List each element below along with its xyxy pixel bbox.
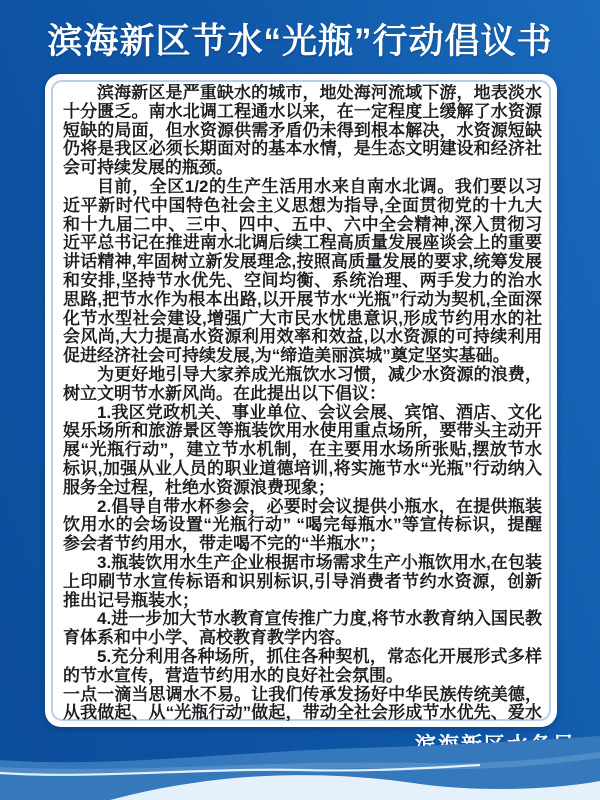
- body-text: 滨海新区是严重缺水的城市，地处海河流域下游，地表淡水十分匮乏。南水北调工程通水以…: [63, 84, 542, 721]
- water-waves-decoration: [0, 710, 600, 800]
- content-card: 滨海新区是严重缺水的城市，地处海河流域下游，地表淡水十分匮乏。南水北调工程通水以…: [45, 74, 557, 727]
- proposal-item-5: 5.充分利用各种场所，抓住各种契机，常态化开展形式多样的节水宣传，营造节约用水的…: [63, 648, 542, 686]
- paragraph-intro: 滨海新区是严重缺水的城市，地处海河流域下游，地表淡水十分匮乏。南水北调工程通水以…: [63, 84, 542, 178]
- poster-title: 滨海新区节水“光瓶”行动倡议书: [0, 14, 600, 64]
- paragraph-policy: 目前，全区1/2的生产生活用水来自南水北调。我们要以习近平新时代中国特色社会主义…: [63, 178, 542, 366]
- paragraph-lead-in: 为更好地引导大家养成光瓶饮水习惯，减少水资源的浪费，树立文明节水新风尚。在此提出…: [63, 366, 542, 404]
- poster: 滨海新区节水“光瓶”行动倡议书 滨海新区是严重缺水的城市，地处海河流域下游，地表…: [0, 0, 600, 800]
- proposal-item-2: 2.倡导自带水杯参会，必要时会议提供小瓶水，在提供瓶装饮用水的会场设置“光瓶行动…: [63, 498, 542, 554]
- proposal-item-3: 3.瓶装饮用水生产企业根据市场需求生产小瓶饮用水,在包装上印刷节水宣传标语和识别…: [63, 554, 542, 610]
- proposal-item-1: 1.我区党政机关、事业单位、会议会展、宾馆、酒店、文化娱乐场所和旅游景区等瓶装饮…: [63, 404, 542, 498]
- proposal-item-4: 4.进一步加大节水教育宣传推广力度,将节水教育纳入国民教育体系和中小学、高校教育…: [63, 610, 542, 648]
